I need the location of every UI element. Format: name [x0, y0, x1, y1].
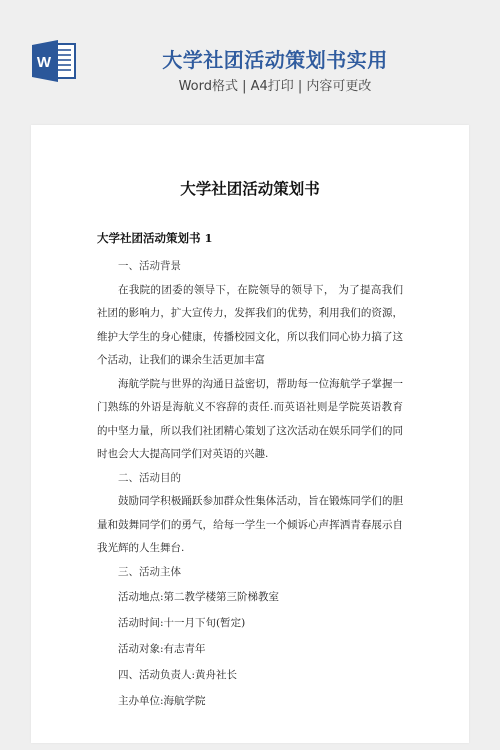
- svg-text:W: W: [37, 54, 52, 71]
- paragraph: 海航学院与世界的沟通日益密切，帮助每一位海航学子掌握一门熟练的外语是海航义不容辞…: [97, 373, 403, 467]
- detail-time: 活动时间:十一月下旬(暂定): [97, 610, 403, 636]
- detail-host: 主办单位:海航学院: [97, 688, 403, 714]
- paragraph: 鼓励同学积极踊跃参加群众性集体活动，旨在锻炼同学们的胆量和鼓舞同学们的勇气，给每…: [97, 490, 403, 561]
- document-title: 大学社团活动策划书: [31, 177, 469, 199]
- header-title: 大学社团活动策划书实用: [150, 44, 400, 73]
- document-body: 大学社团活动策划书 1 一、活动背景 在我院的团委的领导下，在院领导的领导下， …: [97, 229, 403, 714]
- detail-location: 活动地点:第二教学楼第三阶梯教室: [97, 584, 403, 610]
- header: W 大学社团活动策划书实用 Word格式 | A4打印 | 内容可更改: [0, 0, 500, 120]
- document-page: 大学社团活动策划书 大学社团活动策划书 1 一、活动背景 在我院的团委的领导下，…: [31, 125, 469, 743]
- subsection-heading-background: 一、活动背景: [97, 255, 403, 279]
- detail-audience: 活动对象:有志青年: [97, 636, 403, 662]
- subsection-heading-subject: 三、活动主体: [97, 561, 403, 585]
- detail-organizer-lead: 四、活动负责人:黄舟社长: [97, 662, 403, 688]
- paragraph: 在我院的团委的领导下，在院领导的领导下， 为了提高我们社团的影响力，扩大宣传力，…: [97, 279, 403, 373]
- word-icon: W: [31, 40, 77, 82]
- section-heading: 大学社团活动策划书 1: [97, 229, 403, 247]
- subsection-heading-purpose: 二、活动目的: [97, 467, 403, 491]
- header-subtitle: Word格式 | A4打印 | 内容可更改: [150, 75, 400, 94]
